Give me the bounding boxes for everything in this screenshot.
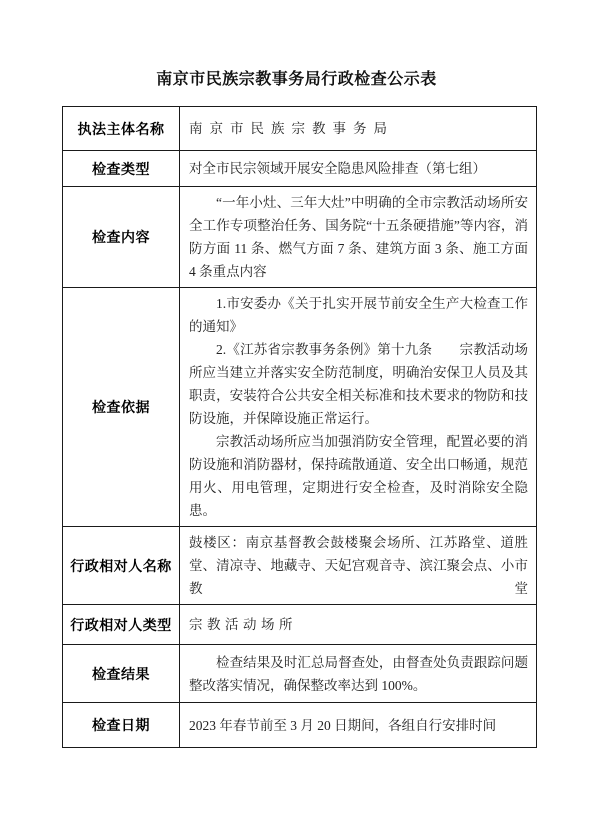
row-label: 检查日期 <box>63 703 180 748</box>
row-value: 宗教活动场所 <box>180 605 537 645</box>
value-paragraph-2: 2.《江苏省宗教事务条例》第十九条 宗教活动场所应当建立并落实安全防范制度，明确… <box>189 338 528 430</box>
page: { "page": { "title": "南京市民族宗教事务局行政检查公示表"… <box>0 0 593 839</box>
page-title: 南京市民族宗教事务局行政检查公示表 <box>0 66 593 89</box>
value-text: “一年小灶、三年大灶”中明确的全市宗教活动场所安全工作专项整治任务、国务院“十五… <box>189 191 528 283</box>
row-counterpart-name: 行政相对人名称 鼓楼区：南京基督教会鼓楼聚会场所、江苏路堂、道胜堂、清凉寺、地藏… <box>63 527 537 605</box>
row-label: 执法主体名称 <box>63 107 180 151</box>
row-counterpart-type: 行政相对人类型 宗教活动场所 <box>63 605 537 645</box>
row-label: 检查依据 <box>63 288 180 527</box>
value-text: 鼓楼区：南京基督教会鼓楼聚会场所、江苏路堂、道胜堂、清凉寺、地藏寺、天妃宫观音寺… <box>189 531 528 600</box>
value-paragraph-3: 宗教活动场所应当加强消防安全管理，配置必要的消防设施和消防器材，保持疏散通道、安… <box>189 430 528 522</box>
row-value: 检查结果及时汇总局督查处，由督查处负责跟踪问题整改落实情况，确保整改率达到 10… <box>180 645 537 703</box>
row-value: 对全市民宗领域开展安全隐患风险排查（第七组） <box>180 151 537 187</box>
value-text: 南京市民族宗教事务局 <box>189 117 528 140</box>
row-value: 南京市民族宗教事务局 <box>180 107 537 151</box>
row-inspection-type: 检查类型 对全市民宗领域开展安全隐患风险排查（第七组） <box>63 151 537 187</box>
row-value: 鼓楼区：南京基督教会鼓楼聚会场所、江苏路堂、道胜堂、清凉寺、地藏寺、天妃宫观音寺… <box>180 527 537 605</box>
value-paragraph-1: 1.市安委办《关于扎实开展节前安全生产大检查工作的通知》 <box>189 292 528 338</box>
row-inspection-date: 检查日期 2023 年春节前至 3 月 20 日期间，各组自行安排时间 <box>63 703 537 748</box>
value-text: 宗教活动场所 <box>189 613 528 636</box>
row-label: 行政相对人类型 <box>63 605 180 645</box>
row-label: 行政相对人名称 <box>63 527 180 605</box>
row-inspection-content: 检查内容 “一年小灶、三年大灶”中明确的全市宗教活动场所安全工作专项整治任务、国… <box>63 187 537 288</box>
row-value: 1.市安委办《关于扎实开展节前安全生产大检查工作的通知》 2.《江苏省宗教事务条… <box>180 288 537 527</box>
row-enforcement-subject-name: 执法主体名称 南京市民族宗教事务局 <box>63 107 537 151</box>
row-inspection-basis: 检查依据 1.市安委办《关于扎实开展节前安全生产大检查工作的通知》 2.《江苏省… <box>63 288 537 527</box>
row-label: 检查类型 <box>63 151 180 187</box>
value-text: 检查结果及时汇总局督查处，由督查处负责跟踪问题整改落实情况，确保整改率达到 10… <box>189 651 528 697</box>
row-value: 2023 年春节前至 3 月 20 日期间，各组自行安排时间 <box>180 703 537 748</box>
value-text: 对全市民宗领域开展安全隐患风险排查（第七组） <box>189 157 528 180</box>
row-inspection-result: 检查结果 检查结果及时汇总局督查处，由督查处负责跟踪问题整改落实情况，确保整改率… <box>63 645 537 703</box>
row-label: 检查内容 <box>63 187 180 288</box>
row-value: “一年小灶、三年大灶”中明确的全市宗教活动场所安全工作专项整治任务、国务院“十五… <box>180 187 537 288</box>
inspection-notice-table: 执法主体名称 南京市民族宗教事务局 检查类型 对全市民宗领域开展安全隐患风险排查… <box>62 106 537 748</box>
value-text: 2023 年春节前至 3 月 20 日期间，各组自行安排时间 <box>189 714 528 737</box>
row-label: 检查结果 <box>63 645 180 703</box>
